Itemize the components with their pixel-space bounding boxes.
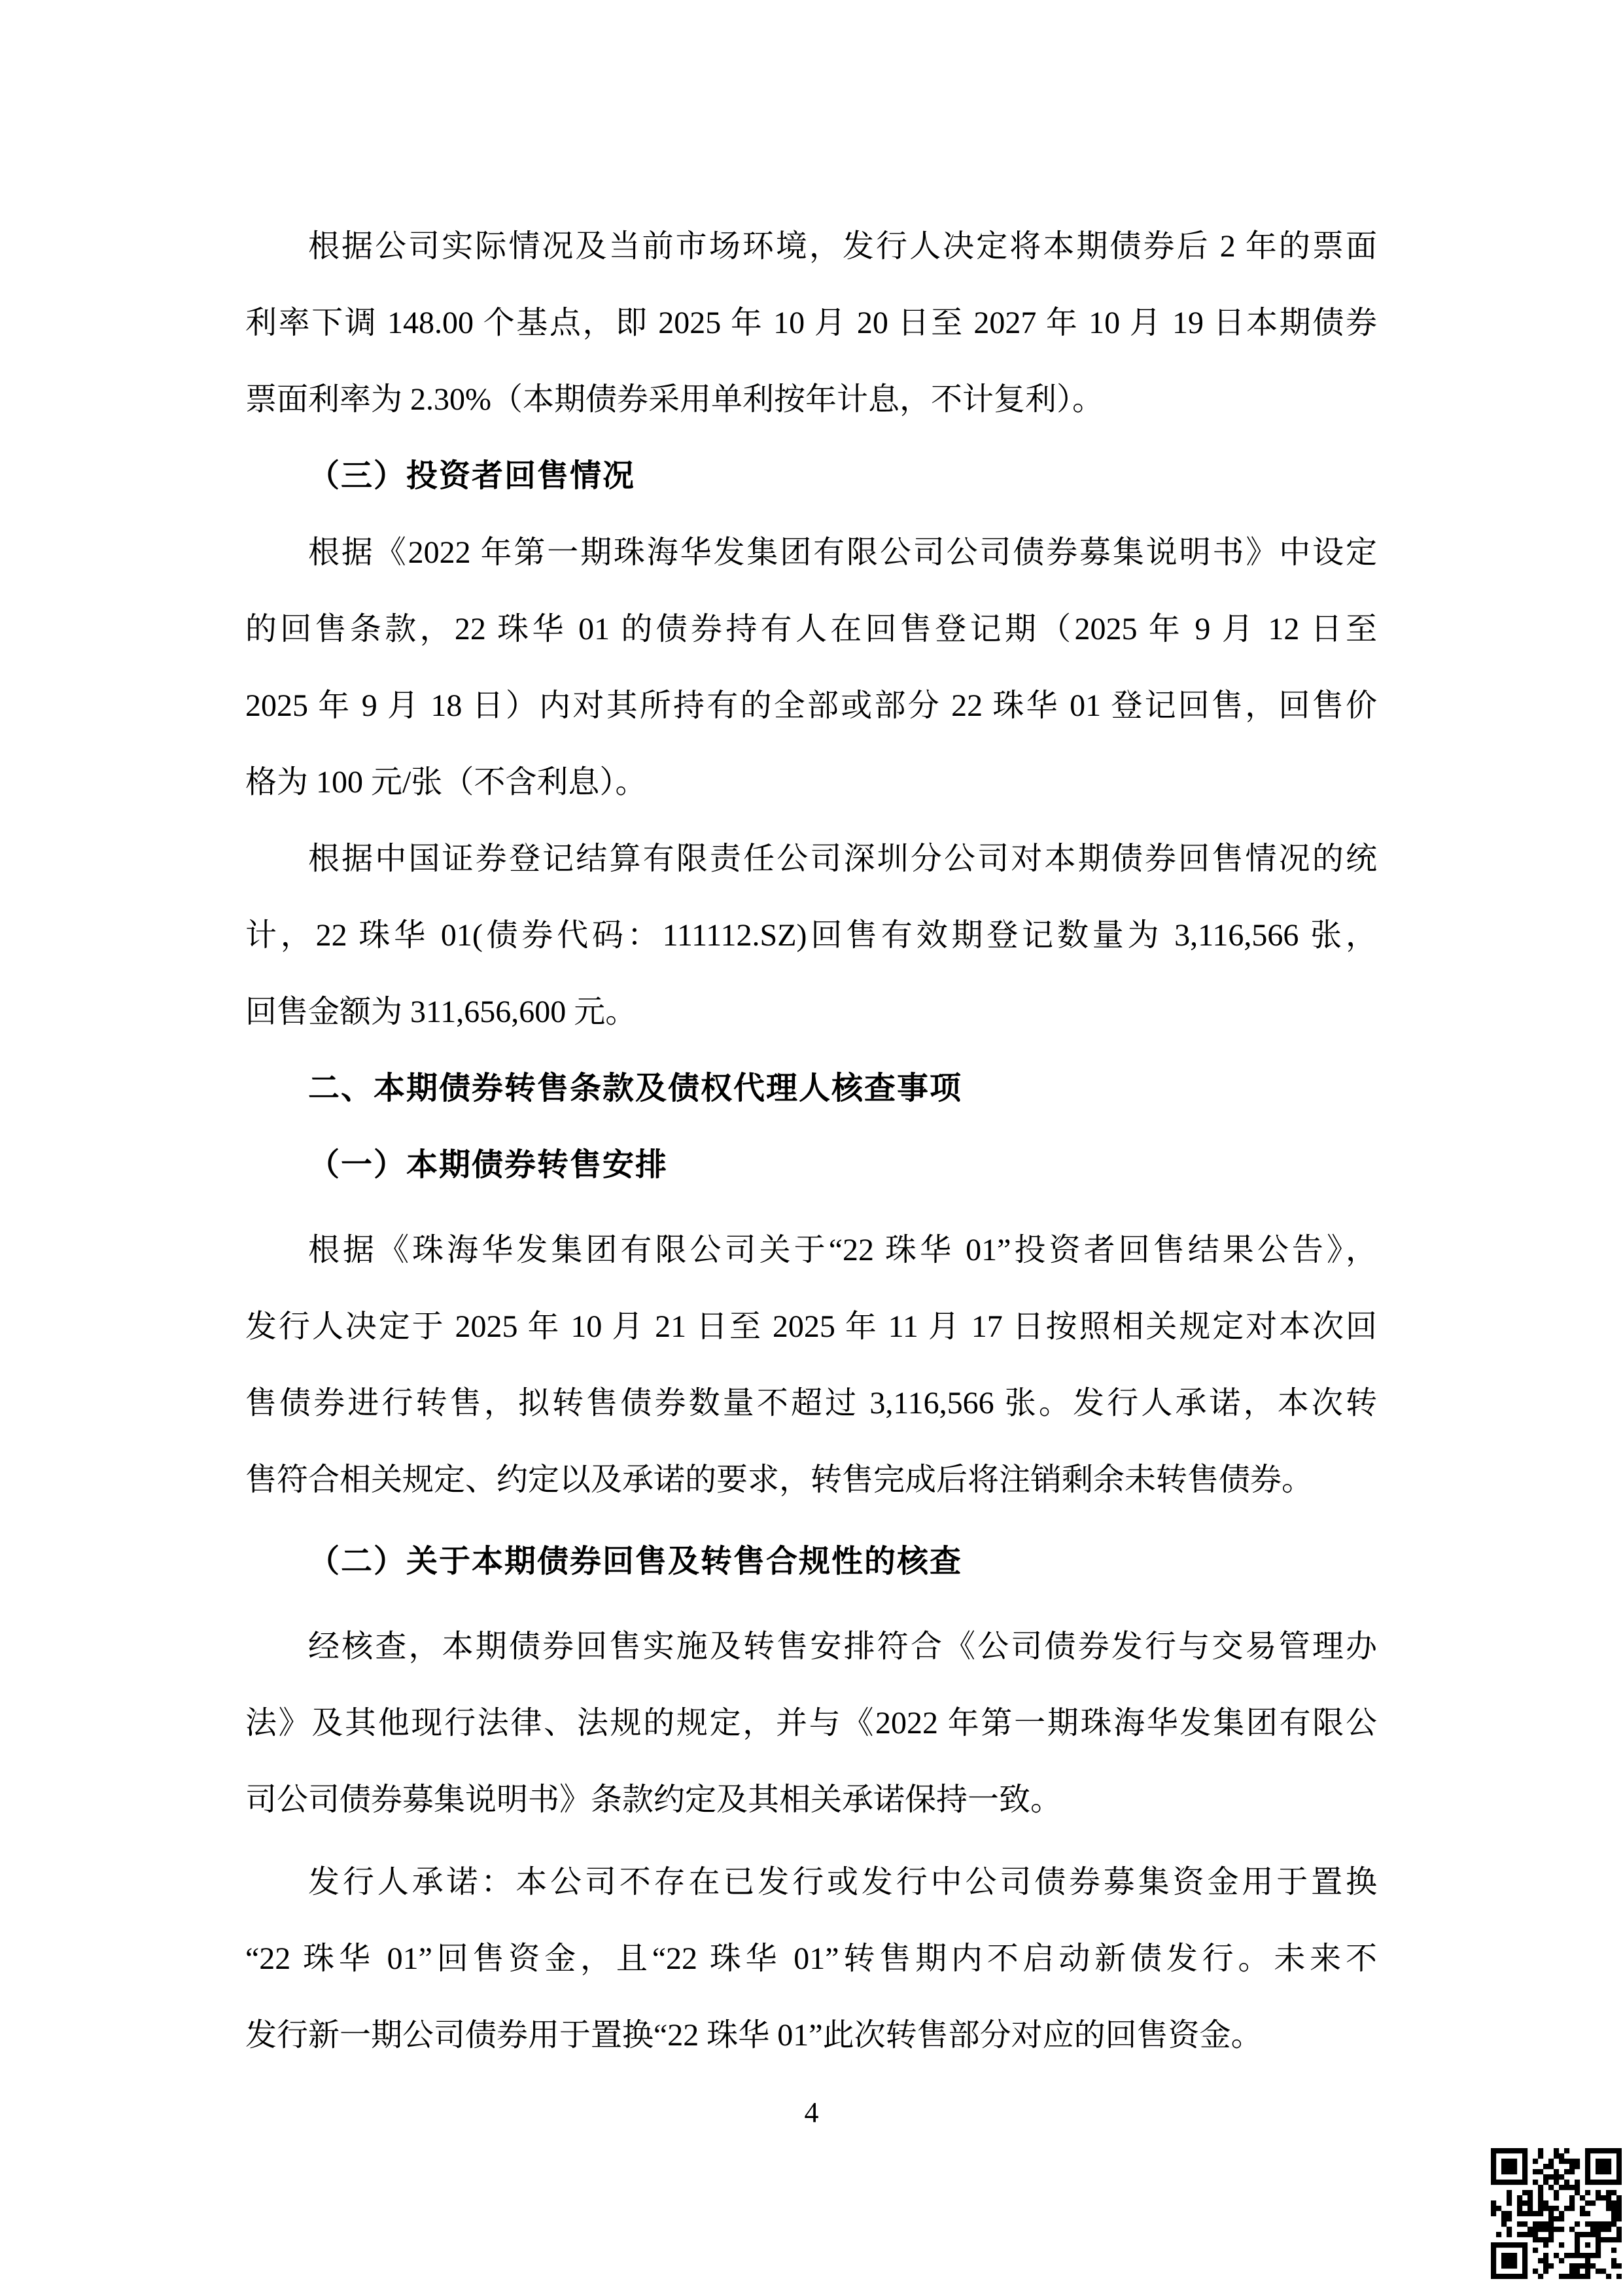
section-heading: 二、本期债券转售条款及债权代理人核查事项 (245, 1050, 1377, 1127)
text-line: 售符合相关规定、约定以及承诺的要求，转售完成后将注销剩余未转售债券。 (245, 1441, 1377, 1518)
text-line: 格为 100 元/张（不含利息）。 (245, 744, 1377, 821)
document-page: 根据公司实际情况及当前市场环境，发行人决定将本期债券后 2 年的票面利率下调 1… (0, 0, 1623, 2296)
text-line: 计，22 珠华 01(债券代码：111112.SZ)回售有效期登记数量为 3,1… (245, 897, 1377, 974)
section-heading: （二）关于本期债券回售及转售合规性的核查 (245, 1523, 1377, 1600)
paragraph: 根据《2022 年第一期珠海华发集团有限公司公司债券募集说明书》中设定的回售条款… (245, 514, 1377, 821)
paragraph: 经核查，本期债券回售实施及转售安排符合《公司债券发行与交易管理办法》及其他现行法… (245, 1608, 1377, 1838)
paragraph: 根据《珠海华发集团有限公司关于“22 珠华 01”投资者回售结果公告》，发行人决… (245, 1212, 1377, 1518)
text-line: 根据《2022 年第一期珠海华发集团有限公司公司债券募集说明书》中设定 (245, 514, 1377, 591)
paragraph: 发行人承诺：本公司不存在已发行或发行中公司债券募集资金用于置换“22 珠华 01… (245, 1844, 1377, 2074)
paragraph: 根据公司实际情况及当前市场环境，发行人决定将本期债券后 2 年的票面利率下调 1… (245, 208, 1377, 438)
text-line: 票面利率为 2.30%（本期债券采用单利按年计息，不计复利）。 (245, 361, 1377, 438)
text-line: 根据公司实际情况及当前市场环境，发行人决定将本期债券后 2 年的票面 (245, 208, 1377, 285)
paragraph: 根据中国证券登记结算有限责任公司深圳分公司对本期债券回售情况的统计，22 珠华 … (245, 821, 1377, 1050)
text-line: 的回售条款，22 珠华 01 的债券持有人在回售登记期（2025 年 9 月 1… (245, 591, 1377, 667)
section-heading: （一）本期债券转售安排 (245, 1127, 1377, 1203)
text-line: 根据中国证券登记结算有限责任公司深圳分公司对本期债券回售情况的统 (245, 821, 1377, 897)
text-line: （三）投资者回售情况 (245, 438, 1377, 514)
text-line: “22 珠华 01”回售资金，且“22 珠华 01”转售期内不启动新债发行。未来… (245, 1920, 1377, 1997)
section-heading: （三）投资者回售情况 (245, 438, 1377, 514)
text-line: 利率下调 148.00 个基点，即 2025 年 10 月 20 日至 2027… (245, 285, 1377, 361)
text-line: 2025 年 9 月 18 日）内对其所持有的全部或部分 22 珠华 01 登记… (245, 667, 1377, 744)
text-line: 根据《珠海华发集团有限公司关于“22 珠华 01”投资者回售结果公告》， (245, 1212, 1377, 1288)
text-line: 发行新一期公司债券用于置换“22 珠华 01”此次转售部分对应的回售资金。 (245, 1997, 1377, 2074)
text-line: 二、本期债券转售条款及债权代理人核查事项 (245, 1050, 1377, 1127)
qr-code (1491, 2148, 1622, 2279)
text-line: （一）本期债券转售安排 (245, 1127, 1377, 1203)
text-line: 发行人决定于 2025 年 10 月 21 日至 2025 年 11 月 17 … (245, 1288, 1377, 1365)
text-line: （二）关于本期债券回售及转售合规性的核查 (245, 1523, 1377, 1600)
text-line: 司公司债券募集说明书》条款约定及其相关承诺保持一致。 (245, 1761, 1377, 1838)
text-line: 回售金额为 311,656,600 元。 (245, 974, 1377, 1050)
page-number: 4 (0, 2096, 1623, 2130)
text-line: 法》及其他现行法律、法规的规定，并与《2022 年第一期珠海华发集团有限公 (245, 1685, 1377, 1761)
text-line: 经核查，本期债券回售实施及转售安排符合《公司债券发行与交易管理办 (245, 1608, 1377, 1685)
document-body: 根据公司实际情况及当前市场环境，发行人决定将本期债券后 2 年的票面利率下调 1… (245, 208, 1377, 2074)
text-line: 发行人承诺：本公司不存在已发行或发行中公司债券募集资金用于置换 (245, 1844, 1377, 1920)
text-line: 售债券进行转售，拟转售债券数量不超过 3,116,566 张。发行人承诺，本次转 (245, 1365, 1377, 1441)
